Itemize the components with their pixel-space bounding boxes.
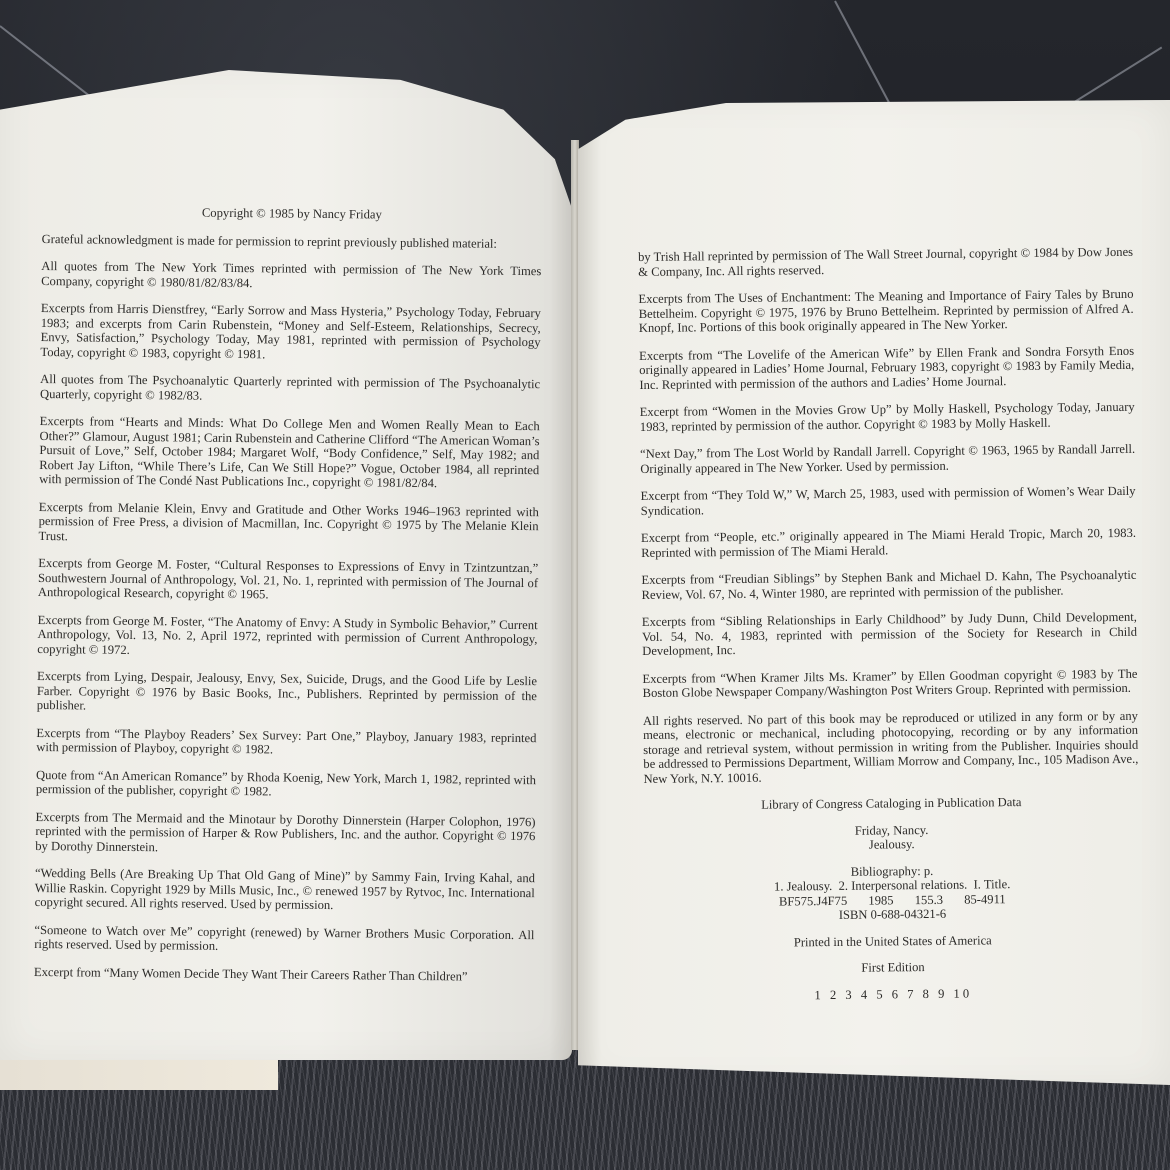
cip-author-title: Friday, Nancy. Jealousy. xyxy=(644,820,1139,854)
acknowledgment-paragraph: Quote from “An American Romance” by Rhod… xyxy=(36,767,536,801)
acknowledgment-paragraph: Excerpts from “Freudian Siblings” by Ste… xyxy=(641,568,1136,602)
copyright-heading: Copyright © 1985 by Nancy Friday xyxy=(42,204,542,224)
acknowledgment-paragraph: Excerpts from “The Playboy Readers’ Sex … xyxy=(36,725,536,759)
acknowledgment-paragraph: “Next Day,” from The Lost World by Randa… xyxy=(640,442,1135,476)
acknowledgment-paragraph: Excerpt from “People, etc.” originally a… xyxy=(641,526,1136,560)
acknowledgment-paragraph: Excerpts from “Sibling Relationships in … xyxy=(642,610,1137,659)
acknowledgment-paragraph: Excerpts from “Hearts and Minds: What Do… xyxy=(39,414,540,492)
acknowledgment-paragraph: Excerpts from The Uses of Enchantment: T… xyxy=(638,287,1133,336)
acknowledgment-paragraph: Excerpts from Lying, Despair, Jealousy, … xyxy=(37,669,537,718)
left-page-text: Copyright © 1985 by Nancy Friday Gratefu… xyxy=(34,204,542,997)
acknowledgment-paragraph: “Someone to Watch over Me” copyright (re… xyxy=(34,922,534,956)
acknowledgment-paragraph: Excerpts from George M. Foster, “The Ana… xyxy=(37,612,537,661)
right-page-text: by Trish Hall reprinted by permission of… xyxy=(638,245,1141,1016)
acknowledgment-paragraph: Grateful acknowledgment is made for perm… xyxy=(42,231,542,251)
acknowledgment-paragraph: Excerpt from “Women in the Movies Grow U… xyxy=(640,400,1135,434)
left-page: Copyright © 1985 by Nancy Friday Gratefu… xyxy=(0,70,572,1060)
acknowledgment-paragraph: by Trish Hall reprinted by permission of… xyxy=(638,245,1133,279)
acknowledgment-paragraph: All quotes from The Psychoanalytic Quart… xyxy=(40,372,540,406)
acknowledgment-list: Grateful acknowledgment is made for perm… xyxy=(34,231,542,984)
acknowledgment-paragraph: Excerpts from “When Kramer Jilts Ms. Kra… xyxy=(642,666,1137,700)
acknowledgment-paragraph: Excerpts from Melanie Klein, Envy and Gr… xyxy=(38,499,538,548)
acknowledgment-paragraph: All rights reserved. No part of this boo… xyxy=(643,708,1139,786)
edition: First Edition xyxy=(645,958,1140,978)
acknowledgment-paragraph: Excerpts from Harris Dienstfrey, “Early … xyxy=(40,301,541,364)
acknowledgment-paragraph: Excerpts from “The Lovelife of the Ameri… xyxy=(639,343,1134,392)
cip-details: Bibliography: p. 1. Jealousy. 2. Interpe… xyxy=(644,861,1140,924)
printing-line: 1 2 3 4 5 6 7 8 9 10 xyxy=(646,984,1141,1004)
page-block-edge xyxy=(0,1058,278,1090)
right-page: by Trish Hall reprinted by permission of… xyxy=(578,100,1170,1085)
acknowledgment-paragraph: Excerpt from “Many Women Decide They Wan… xyxy=(34,964,534,984)
acknowledgment-paragraph: Excerpts from George M. Foster, “Cultura… xyxy=(38,556,538,605)
acknowledgment-paragraph: All quotes from The New York Times repri… xyxy=(41,259,541,293)
acknowledgment-paragraph: Excerpts from The Mermaid and the Minota… xyxy=(35,809,535,858)
acknowledgment-paragraph: “Wedding Bells (Are Breaking Up That Old… xyxy=(35,866,535,915)
acknowledgment-paragraph: Excerpt from “They Told W,” W, March 25,… xyxy=(641,484,1136,518)
acknowledgment-list-continued: by Trish Hall reprinted by permission of… xyxy=(638,245,1139,786)
printed-in: Printed in the United States of America xyxy=(645,931,1140,951)
book-gutter xyxy=(571,140,579,1050)
cip-data-block: Library of Congress Cataloging in Public… xyxy=(644,794,1141,1004)
cip-title: Library of Congress Cataloging in Public… xyxy=(644,794,1139,814)
